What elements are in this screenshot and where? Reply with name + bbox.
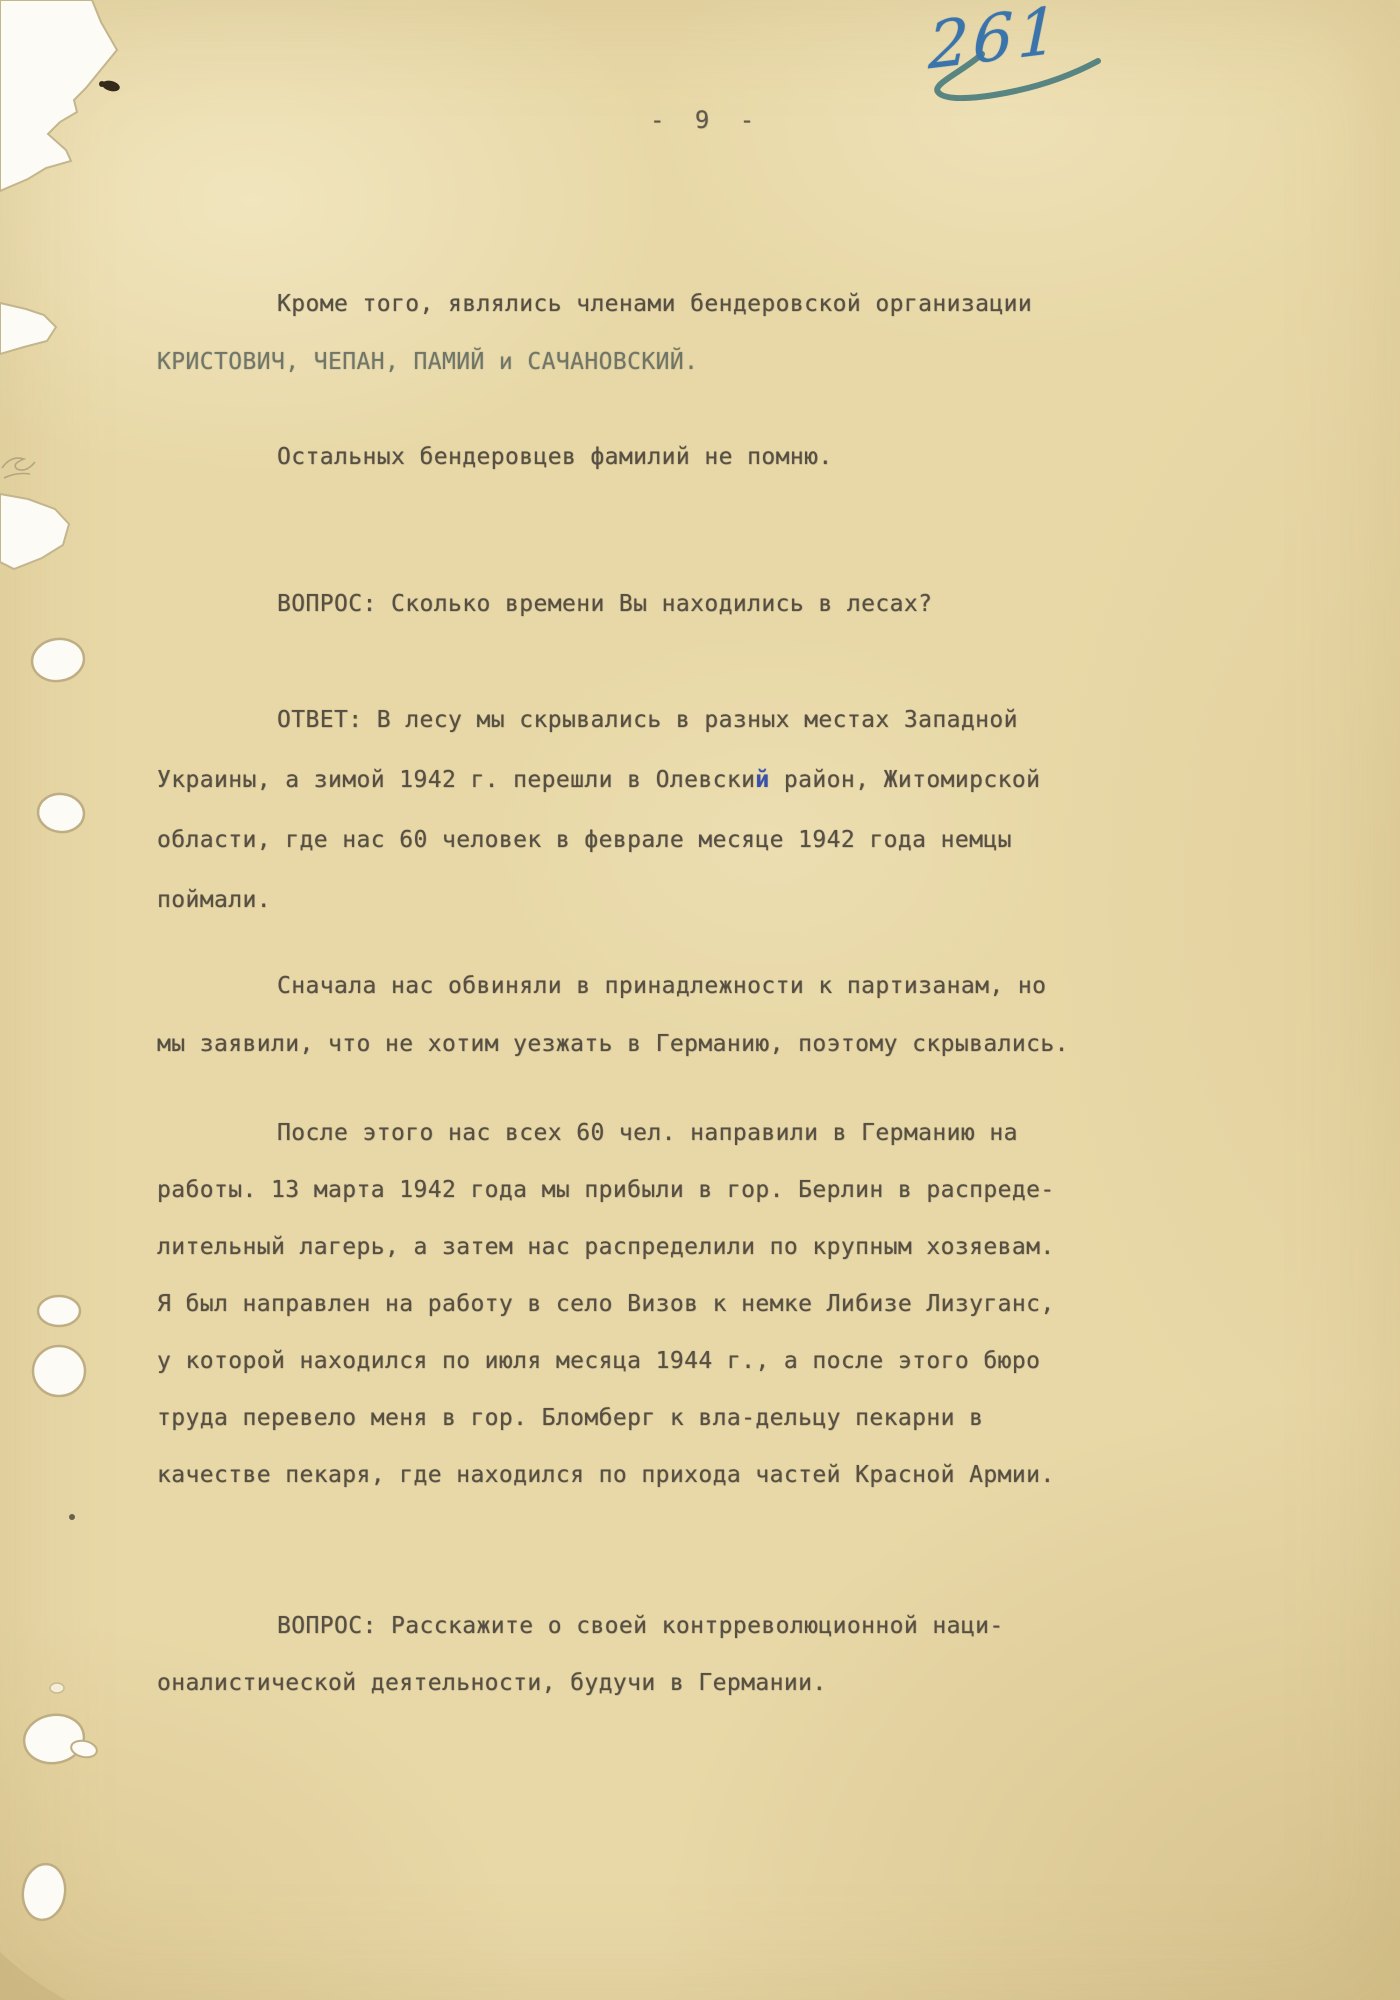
punch-hole bbox=[33, 1346, 85, 1396]
typed-line: у которой находился по июля месяца 1944 … bbox=[157, 1333, 1055, 1390]
edge-shade bbox=[0, 1952, 66, 2000]
speck bbox=[69, 1514, 75, 1520]
ink-blot bbox=[99, 81, 105, 87]
typed-line: поймали. bbox=[157, 870, 1040, 930]
paragraph-others: Остальных бендеровцев фамилий не помню. bbox=[157, 428, 833, 486]
typed-line-surnames: КРИСТОВИЧ, ЧЕПАН, ПАМИЙ и САЧАНОВСКИЙ. bbox=[157, 333, 1032, 391]
paragraph-accusation: Сначала нас обвиняли в принадлежности к … bbox=[157, 957, 1069, 1073]
typed-line: лительный лагерь, а затем нас распредели… bbox=[157, 1219, 1055, 1276]
punch-hole bbox=[19, 1861, 68, 1922]
punch-hole bbox=[36, 792, 86, 835]
handwritten-page-number: 261 bbox=[928, 0, 1062, 85]
page-number: - 9 - bbox=[650, 106, 762, 134]
typed-line: Я был направлен на работу в село Визов к… bbox=[157, 1276, 1055, 1333]
pencil-scribble bbox=[2, 458, 35, 478]
punch-hole bbox=[38, 1296, 80, 1326]
typed-line: Остальных бендеровцев фамилий не помню. bbox=[157, 428, 833, 486]
punch-hole bbox=[29, 636, 86, 685]
typed-segment: район, Житомирской bbox=[770, 767, 1041, 793]
paragraph-members: Кроме того, являлись членами бендеровско… bbox=[157, 275, 1032, 391]
typed-line: области, где нас 60 человек в феврале ме… bbox=[157, 810, 1040, 870]
typed-line: ВОПРОС: Расскажите о своей контрреволюци… bbox=[157, 1598, 1004, 1655]
typed-line: Кроме того, являлись членами бендеровско… bbox=[157, 275, 1032, 333]
paragraph-question-2: ВОПРОС: Расскажите о своей контрреволюци… bbox=[157, 1598, 1004, 1712]
punch-hole bbox=[70, 1738, 99, 1759]
paragraph-germany: После этого нас всех 60 чел. направили в… bbox=[157, 1105, 1055, 1504]
typed-line: Сначала нас обвиняли в принадлежности к … bbox=[157, 957, 1069, 1015]
typed-line: ОТВЕТ: В лесу мы скрывались в разных мес… bbox=[157, 690, 1040, 750]
typed-line: качестве пекаря, где находился по приход… bbox=[157, 1447, 1055, 1504]
torn-edge bbox=[0, 303, 56, 354]
typed-line: оналистической деятельности, будучи в Ге… bbox=[157, 1655, 1004, 1712]
typed-line: ВОПРОС: Сколько времени Вы находились в … bbox=[157, 575, 932, 633]
paragraph-answer-1: ОТВЕТ: В лесу мы скрывались в разных мес… bbox=[157, 690, 1040, 930]
typed-line-with-ink-correction: Украины, а зимой 1942 г. перешли в Олевс… bbox=[157, 750, 1040, 810]
typed-line: работы. 13 марта 1942 года мы прибыли в … bbox=[157, 1162, 1055, 1219]
typed-line: После этого нас всех 60 чел. направили в… bbox=[157, 1105, 1055, 1162]
paragraph-question-1: ВОПРОС: Сколько времени Вы находились в … bbox=[157, 575, 932, 633]
typed-line: мы заявили, что не хотим уезжать в Герма… bbox=[157, 1015, 1069, 1073]
punch-hole bbox=[20, 1710, 87, 1768]
ink-correction: й bbox=[755, 767, 769, 793]
ink-blot bbox=[101, 79, 121, 93]
typed-segment: Украины, а зимой 1942 г. перешли в Олевс… bbox=[157, 767, 755, 793]
torn-corner bbox=[0, 0, 117, 191]
document-page: 261 - 9 - Кроме того, являлись членами б… bbox=[0, 0, 1400, 2000]
speck bbox=[50, 1683, 64, 1693]
typed-line: труда перевело меня в гор. Бломберг к вл… bbox=[157, 1390, 1055, 1447]
torn-edge bbox=[0, 494, 69, 569]
